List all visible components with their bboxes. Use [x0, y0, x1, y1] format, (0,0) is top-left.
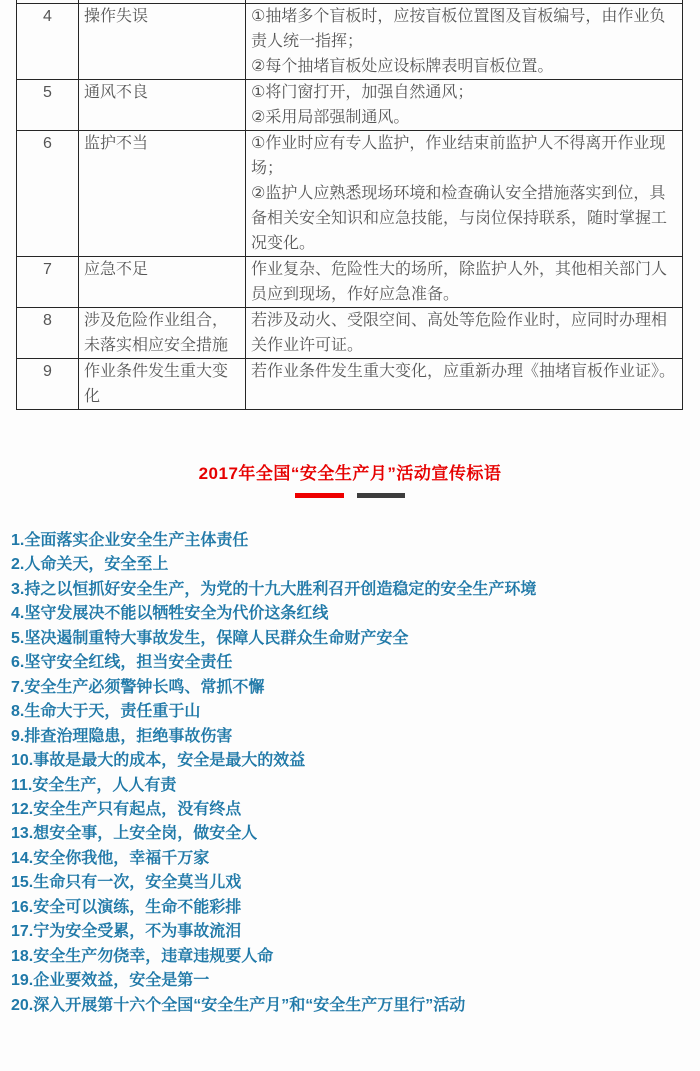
slogan-item: 18.安全生产勿侥幸，违章违规要人命	[11, 945, 690, 969]
slogan-item: 14.安全你我他，幸福千万家	[11, 847, 690, 871]
slogan-item: 17.宁为安全受累，不为事故流泪	[11, 920, 690, 944]
hazard-type-cell: 涉及危险作业组合，未落实相应安全措施	[79, 308, 246, 359]
table-row: 4 操作失误 ①抽堵多个盲板时，应按盲板位置图及盲板编号，由作业负责人统一指挥；…	[17, 4, 683, 80]
section-title: 2017年全国“安全生产月”活动宣传标语	[0, 459, 700, 484]
measure-line: ②监护人应熟悉现场环境和检查确认安全措施落实到位，具备相关安全知识和应急技能，与…	[251, 181, 677, 256]
hazard-type-cell: 操作失误	[79, 4, 246, 80]
control-measures-cell: ①将门窗打开，加强自然通风；②采用局部强制通风。	[246, 80, 683, 131]
row-number-cell: 5	[17, 80, 79, 131]
slogan-item: 10.事故是最大的成本，安全是最大的效益	[11, 749, 690, 773]
slogan-item: 8.生命大于天，责任重于山	[11, 700, 690, 724]
title-underline	[0, 493, 700, 498]
measure-line: ②每个抽堵盲板处应设标牌表明盲板位置。	[251, 54, 677, 79]
measure-line: ①抽堵多个盲板时，应按盲板位置图及盲板编号，由作业负责人统一指挥；	[251, 4, 677, 54]
table-row: 5 通风不良 ①将门窗打开，加强自然通风；②采用局部强制通风。	[17, 80, 683, 131]
measure-line: 若涉及动火、受限空间、高处等危险作业时，应同时办理相关作业许可证。	[251, 308, 677, 358]
row-number-cell: 7	[17, 257, 79, 308]
measure-line: ①将门窗打开，加强自然通风；	[251, 80, 677, 105]
control-measures-cell: ①作业时应有专人监护，作业结束前监护人不得离开作业现场；②监护人应熟悉现场环境和…	[246, 131, 683, 257]
slogan-item: 7.安全生产必须警钟长鸣、常抓不懈	[11, 676, 690, 700]
table-row: 7 应急不足 作业复杂、危险性大的场所，除监护人外，其他相关部门人员应到现场，作…	[17, 257, 683, 308]
slogan-item: 3.持之以恒抓好安全生产，为党的十九大胜利召开创造稳定的安全生产环境	[11, 578, 690, 602]
measure-line: 若作业条件发生重大变化，应重新办理《抽堵盲板作业证》。	[251, 359, 677, 384]
measure-line: ①作业时应有专人监护，作业结束前监护人不得离开作业现场；	[251, 131, 677, 181]
control-measures-cell: 若涉及动火、受限空间、高处等危险作业时，应同时办理相关作业许可证。	[246, 308, 683, 359]
slogan-item: 4.坚守发展决不能以牺牲安全为代价这条红线	[11, 602, 690, 626]
control-measures-cell: 若作业条件发生重大变化，应重新办理《抽堵盲板作业证》。	[246, 359, 683, 410]
slogan-item: 11.安全生产，人人有责	[11, 774, 690, 798]
hazard-measures-table: 4 操作失误 ①抽堵多个盲板时，应按盲板位置图及盲板编号，由作业负责人统一指挥；…	[16, 0, 683, 410]
measure-line: 作业复杂、危险性大的场所，除监护人外，其他相关部门人员应到现场，作好应急准备。	[251, 257, 677, 307]
underline-dark-bar	[357, 493, 405, 498]
underline-red-bar	[295, 493, 344, 498]
slogan-item: 12.安全生产只有起点，没有终点	[11, 798, 690, 822]
hazard-type-cell: 监护不当	[79, 131, 246, 257]
table-body: 4 操作失误 ①抽堵多个盲板时，应按盲板位置图及盲板编号，由作业负责人统一指挥；…	[17, 0, 683, 410]
slogan-item: 19.企业要效益，安全是第一	[11, 969, 690, 993]
slogan-item: 1.全面落实企业安全生产主体责任	[11, 529, 690, 553]
slogan-item: 15.生命只有一次，安全莫当儿戏	[11, 871, 690, 895]
slogan-item: 13.想安全事，上安全岗，做安全人	[11, 822, 690, 846]
hazard-type-cell: 应急不足	[79, 257, 246, 308]
row-number-cell: 8	[17, 308, 79, 359]
control-measures-cell: 作业复杂、危险性大的场所，除监护人外，其他相关部门人员应到现场，作好应急准备。	[246, 257, 683, 308]
control-measures-cell: ①抽堵多个盲板时，应按盲板位置图及盲板编号，由作业负责人统一指挥；②每个抽堵盲板…	[246, 4, 683, 80]
slogan-list: 1.全面落实企业安全生产主体责任 2.人命关天，安全至上 3.持之以恒抓好安全生…	[0, 529, 700, 1018]
slogan-item: 16.安全可以演练，生命不能彩排	[11, 896, 690, 920]
hazard-type-cell: 通风不良	[79, 80, 246, 131]
document-page: 4 操作失误 ①抽堵多个盲板时，应按盲板位置图及盲板编号，由作业负责人统一指挥；…	[0, 0, 700, 1071]
hazard-type-cell: 作业条件发生重大变化	[79, 359, 246, 410]
row-number-cell: 6	[17, 131, 79, 257]
slogan-item: 6.坚守安全红线，担当安全责任	[11, 651, 690, 675]
measure-line: ②采用局部强制通风。	[251, 105, 677, 130]
slogan-item: 5.坚决遏制重特大事故发生，保障人民群众生命财产安全	[11, 627, 690, 651]
row-number-cell: 9	[17, 359, 79, 410]
table-row: 6 监护不当 ①作业时应有专人监护，作业结束前监护人不得离开作业现场；②监护人应…	[17, 131, 683, 257]
slogan-item: 2.人命关天，安全至上	[11, 553, 690, 577]
slogan-item: 20.深入开展第十六个全国“安全生产月”和“安全生产万里行”活动	[11, 994, 690, 1018]
table-row: 9 作业条件发生重大变化 若作业条件发生重大变化，应重新办理《抽堵盲板作业证》。	[17, 359, 683, 410]
row-number-cell: 4	[17, 4, 79, 80]
table-row: 8 涉及危险作业组合，未落实相应安全措施 若涉及动火、受限空间、高处等危险作业时…	[17, 308, 683, 359]
slogan-item: 9.排查治理隐患，拒绝事故伤害	[11, 725, 690, 749]
